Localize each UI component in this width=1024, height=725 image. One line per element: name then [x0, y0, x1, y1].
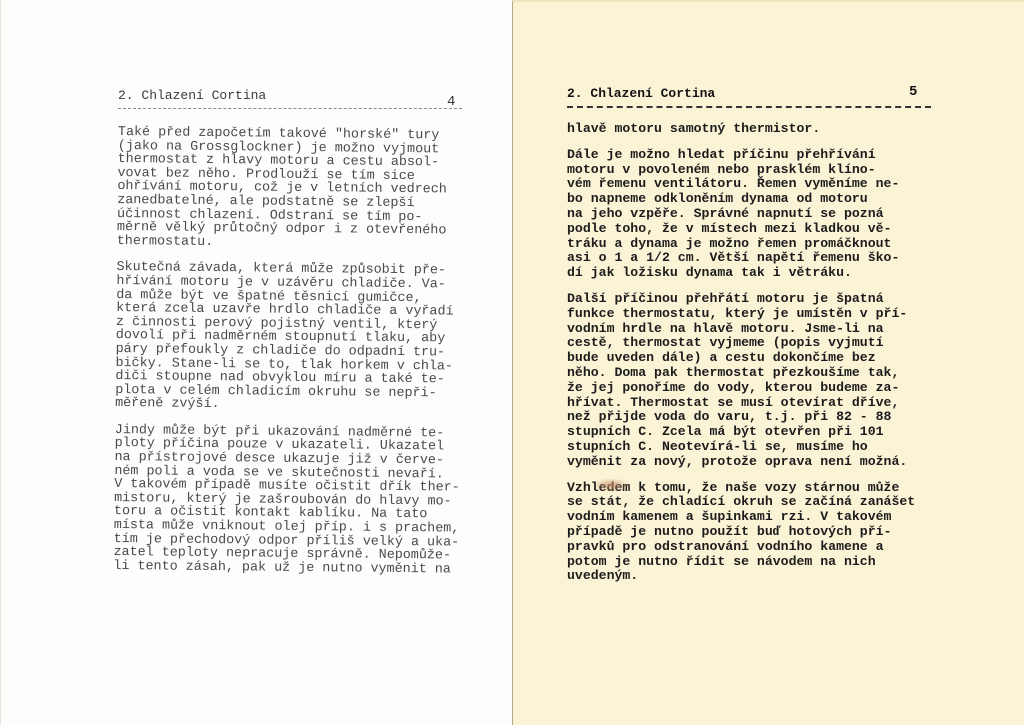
paragraph: Vzhledem k tomu, že naše vozy stárnou mů…: [567, 481, 915, 585]
text-line: cestě, thermostat vyjmeme (popis vyjmutí: [567, 336, 915, 351]
paragraph: Další příčinou přehřátí motoru je špatná…: [567, 292, 915, 470]
page-number: 5: [909, 84, 917, 100]
text-line: tráku a dynama je možno řemen promáčknou…: [567, 237, 915, 252]
text-line: že jej ponoříme do vody, kterou budeme z…: [567, 381, 915, 396]
left-page: 2. Chlazení Cortina 4 Také před započetí…: [0, 0, 512, 725]
text-line: dí jak ložisku dynama tak i větráku.: [567, 266, 915, 281]
text-line: li tento zásah, pak už je nutno vyměnit …: [113, 560, 459, 577]
paragraph: Skutečná závada, která může způsobit pře…: [115, 261, 462, 414]
text-line: hlavě motoru samotný thermistor.: [567, 122, 915, 137]
text-line: bude uveden dále) a cestu dokončíme bez: [567, 351, 915, 366]
text-line: bo napneme odkloněním dynama od motoru: [567, 192, 915, 207]
paragraph: hlavě motoru samotný thermistor.: [567, 122, 915, 137]
text-line: Dále je možno hledat příčinu přehřívání: [567, 148, 915, 163]
right-page: 2. Chlazení Cortina 5 hlavě motoru samot…: [512, 0, 1024, 725]
text-line: Další příčinou přehřátí motoru je špatná: [567, 292, 915, 307]
text-line: než přijde voda do varu, t.j. při 82 - 8…: [567, 410, 915, 425]
text-line: vodním hrdle na hlavě motoru. Jsme-li na: [567, 322, 915, 337]
text-line: motoru v povoleném nebo prasklém klíno-: [567, 163, 915, 178]
text-line: na jeho vzpěře. Správné napnutí se pozná: [567, 207, 915, 222]
text-line: vyměnit za nový, protože oprava není mož…: [567, 455, 915, 470]
text-line: stupních C. Zcela má být otevřen při 101: [567, 425, 915, 440]
paragraph: Dále je možno hledat příčinu přehříváním…: [567, 148, 915, 281]
text-line: funkce thermostatu, který je umístěn v p…: [567, 307, 915, 322]
page-header: 2. Chlazení Cortina: [118, 88, 266, 103]
text-line: potom je nutno řídit se návodem na nich: [567, 555, 915, 570]
book-spread: 2. Chlazení Cortina 4 Také před započetí…: [0, 0, 1024, 725]
text-line: něho. Doma pak thermostat přezkoušíme ta…: [567, 366, 915, 381]
stain-mark: [593, 478, 629, 492]
text-line: pravků pro odstranování vodního kamene a: [567, 540, 915, 555]
header-rule: [567, 106, 931, 108]
text-line: uvedeným.: [567, 569, 915, 584]
text-line: vém řemenu ventilátoru. Řemen vyměníme n…: [567, 177, 915, 192]
text-line: stupních C. Neotevírá-li se, musíme ho: [567, 440, 915, 455]
text-line: se stát, že chladící okruh se začíná zan…: [567, 495, 915, 510]
text-line: hřívat. Thermostat se musí otevírat dřív…: [567, 396, 915, 411]
header-rule: [118, 108, 462, 109]
text-line: asi o 1 a 1/2 cm. Větší napětí řemenu šk…: [567, 251, 915, 266]
text-line: podle toho, že v místech mezi kladkou vě…: [567, 222, 915, 237]
paragraph: Také před započetím takové "horské" tury…: [117, 126, 464, 252]
page-body: Také před započetím takové "horské" tury…: [113, 126, 463, 577]
text-line: vodním kamenem a šupinkami rzi. V takové…: [567, 510, 915, 525]
page-header: 2. Chlazení Cortina: [567, 86, 715, 101]
text-line: případě je nutno použít buď hotových pří…: [567, 525, 915, 540]
page-body: hlavě motoru samotný thermistor.Dále je …: [567, 122, 915, 584]
paragraph: Jindy může být při ukazování nadměrné te…: [113, 424, 460, 577]
